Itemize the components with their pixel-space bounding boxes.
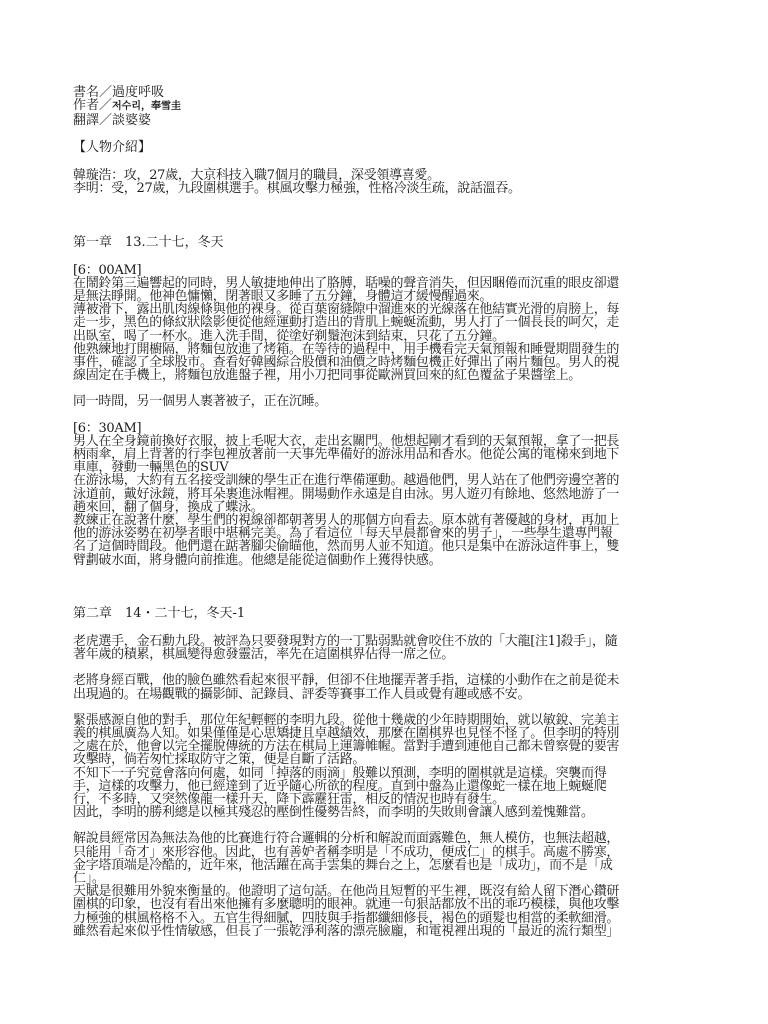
chapter-1-paragraph-3: 男人在全身鏡前換好衣服，披上毛呢大衣，走出玄關門。他想起剛才看到的天氣預報，拿了… bbox=[73, 435, 713, 567]
text-line: 出現過的。在場觀戰的攝影師、記錄員、評委等賽事工作人員或覺有趣或感不安。 bbox=[73, 688, 713, 701]
text-line: 金字塔頂端是冷酷的，近年來，他活躍在高手雲集的舞台之上，怎麼看也是「成功」，而不… bbox=[73, 859, 713, 872]
text-line: 名了這個時間段。他們還在踮著腳尖偷瞄他，然而男人並不知道。他只是集中在游泳這件事… bbox=[73, 540, 713, 553]
text-line: 泳道前，戴好泳鏡，將耳朵裹進泳帽裡。開場動作永遠是自由泳。男人遊刃有餘地、悠然地… bbox=[73, 488, 713, 501]
text-line: 著年歲的積累，棋風變得愈發靈活，率先在這圍棋界佔得一席之位。 bbox=[73, 648, 713, 661]
chapter-2-paragraph-4: 解說員經常因為無法為他的比賽進行符合邏輯的分析和解說而面露難色，無人模仿，也無法… bbox=[73, 832, 713, 938]
text-line: 臂劃破水面，將身體向前推進。他總是能從這個動作上獲得快感。 bbox=[73, 554, 713, 567]
text-line: 解說員經常因為無法為他的比賽進行符合邏輯的分析和解說而面露難色，無人模仿，也無法… bbox=[73, 832, 713, 845]
text-line: 出臥室，喝了一杯水。進入洗手間，從塗好剃鬚泡沫到結束，只花了五分鐘。 bbox=[73, 330, 713, 343]
book-title-line: 書名／過度呼吸 bbox=[73, 86, 713, 99]
text-line: 線固定在手機上，將麵包放進盤子裡，用小刀把同事從歐洲買回來的紅色覆盆子果醬塗上。 bbox=[73, 369, 713, 382]
book-author-label: 作者／ bbox=[73, 98, 112, 113]
text-line: 圍棋的印象，也沒有看出來他擁有多麼聰明的眼神。就連一句狠話都放不出的乖巧模樣，與… bbox=[73, 898, 713, 911]
book-author: 저수리，奉雪圭 bbox=[112, 101, 181, 112]
document-page: 書名／過度呼吸 作者／저수리，奉雪圭 翻譯／談婆婆 【人物介紹】 韓璇浩：攻，2… bbox=[73, 86, 713, 938]
book-meta: 書名／過度呼吸 作者／저수리，奉雪圭 翻譯／談婆婆 bbox=[73, 86, 713, 127]
text-line: 在游泳場，大約有五名接受訓練的學生正在進行準備運動。越過他們，男人站在了他們旁邊… bbox=[73, 474, 713, 487]
chapter-2-paragraph-3: 緊張感源自他的對手，那位年紀輕輕的李明九段。從他十幾歲的少年時期開始，就以敏銳、… bbox=[73, 714, 713, 820]
chapter-1-paragraph-1: 在鬧鈴第三遍響起的同時，男人敏捷地伸出了胳膊，聒噪的聲音消失，但因睏倦而沉重的眼… bbox=[73, 277, 713, 383]
text-line: 因此，李明的勝利總是以極其殘忍的壓倒性優勢告終，而李明的失敗則會讓人感到羞愧難當… bbox=[73, 806, 713, 819]
text-line: 老將身經百戰，他的臉色雖然看起來很平靜，但卻不住地擺弄著手指，這樣的小動作在之前… bbox=[73, 674, 713, 687]
text-line: 力極強的棋風格格不入。五官生得細膩，四肢與手指都纖細修長，褐色的頭髮也相當的柔軟… bbox=[73, 912, 713, 925]
book-translator-label: 翻譯／ bbox=[73, 113, 112, 128]
chapter-1-timestamp-2: [6：30AM] bbox=[73, 422, 713, 435]
characters-heading: 【人物介紹】 bbox=[73, 141, 713, 155]
text-line: 緊張感源自他的對手，那位年紀輕輕的李明九段。從他十幾歲的少年時期開始，就以敏銳、… bbox=[73, 714, 713, 727]
character-list: 韓璇浩：攻，27歲，大京科技入職7個月的職員，深受領導喜愛。 李明：受，27歲，… bbox=[73, 169, 713, 195]
chapter-1-title: 第一章 13.二十七，冬天 bbox=[73, 236, 713, 250]
text-line: 只能用「奇才」來形容他。因此，也有善妒者稱李明是「不成功，便成仁」的棋手。高處不… bbox=[73, 846, 713, 859]
book-title: 過度呼吸 bbox=[112, 85, 164, 100]
text-line: 手，這樣的攻擊力，他已經達到了近乎隨心所欲的程度。直到中盤為止還像蛇一樣在地上蜿… bbox=[73, 780, 713, 793]
text-line: 不知下一子究竟會落向何處，如同「掉落的雨滴」般難以預測，李明的圍棋就是這樣。突襲… bbox=[73, 767, 713, 780]
chapter-2-paragraph-1: 老虎選手，金石勳九段。被評為只要發現對方的一丁點弱點就會咬住不放的「大龍[注1]… bbox=[73, 635, 713, 661]
book-author-line: 作者／저수리，奉雪圭 bbox=[73, 99, 713, 113]
chapter-1-timestamp-1: [6：00AM] bbox=[73, 264, 713, 277]
character-line: 李明：受，27歲，九段圍棋選手。棋風攻擊力極強，性格冷淡生疏，說話溫吞。 bbox=[73, 182, 713, 195]
book-translator-line: 翻譯／談婆婆 bbox=[73, 114, 713, 127]
chapter-2-paragraph-2: 老將身經百戰，他的臉色雖然看起來很平靜，但卻不住地擺弄著手指，這樣的小動作在之前… bbox=[73, 674, 713, 700]
text-line: 走一步，黑色的條紋狀陰影便從他經運動打造出的背肌上蜿蜒流動，男人打了一個長長的呵… bbox=[73, 316, 713, 329]
chapter-1-paragraph-2: 同一時間，另一個男人裹著被子，正在沉睡。 bbox=[73, 395, 713, 408]
text-line: 攻擊時，倘若匆忙採取防守之策，便是自斷了活路。 bbox=[73, 753, 713, 766]
text-line: 雖然看起來似乎性情敏感，但長了一張乾淨利落的漂亮臉龐，和電視裡出現的「最近的流行… bbox=[73, 925, 713, 938]
book-translator: 談婆婆 bbox=[112, 113, 151, 128]
chapter-2-title: 第二章 14・二十七，冬天-1 bbox=[73, 607, 713, 621]
